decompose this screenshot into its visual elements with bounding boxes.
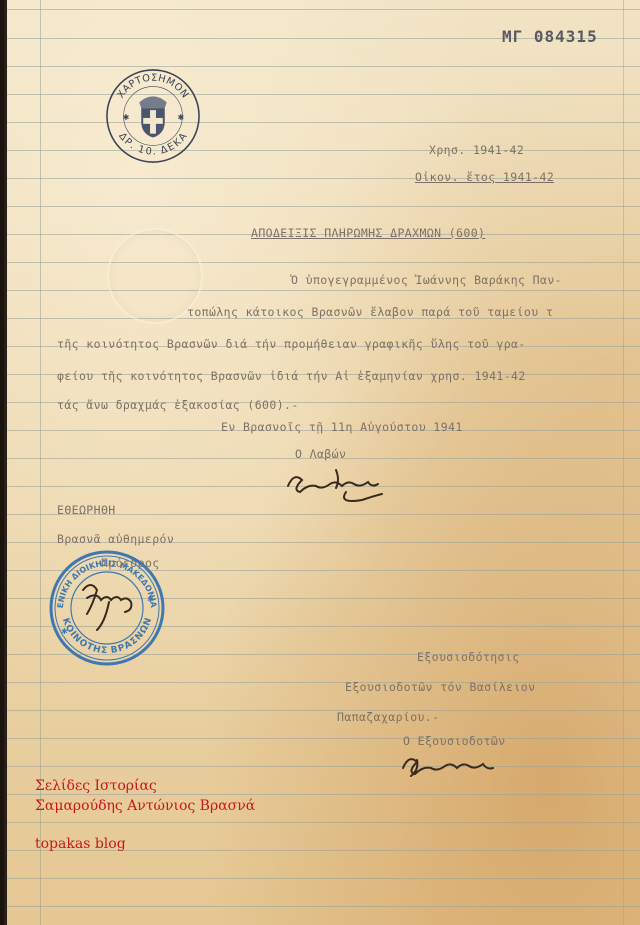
fiscal-year: Χρησ. 1941-42 xyxy=(429,143,524,157)
svg-text:✱: ✱ xyxy=(123,113,130,122)
watermark-line-2: Σαμαρούδης Αντώνιος Βρασνά xyxy=(35,798,255,814)
recipient-label: Ο Λαβών xyxy=(295,447,346,461)
body-line-2: τοπώλης κάτοικος Βρασνῶν ἔλαβον παρά τοῦ… xyxy=(187,305,553,319)
document-page: ΜΓ 084315 ΧΑΡΤΟΣΗΜΟΝ ΔΡ. 10. ΔΕΚΑ ✱ ✱ Χρ… xyxy=(4,0,640,925)
body-line-4: φείου τῆς κοινότητος Βρασνῶν ἰδιά τήν Αἰ… xyxy=(57,369,526,383)
body-line-3: τῆς κοινότητος Βρασνῶν διά τήν προμήθεια… xyxy=(57,337,526,351)
approval-line: Βρασνᾶ αὐθημερόν xyxy=(57,532,174,546)
authorization-line-2: Παπαζαχαρίου.- xyxy=(337,710,440,724)
serial-number: ΜΓ 084315 xyxy=(502,27,598,46)
approval-heading: ΕΘΕΩΡΗΘΗ xyxy=(57,503,116,517)
recipient-signature xyxy=(282,462,392,508)
body-line-5: τάς ἄνω δραχμάς ἑξακοσίας (600).- xyxy=(57,398,299,412)
economic-year: Οἰκον. ἔτος 1941-42 xyxy=(415,170,554,184)
authorization-line-1: Εξουσιοδοτῶν τόν Βασίλειον xyxy=(345,680,535,694)
svg-text:✱: ✱ xyxy=(147,595,154,604)
revenue-stamp-icon: ΧΑΡΤΟΣΗΜΟΝ ΔΡ. 10. ΔΕΚΑ ✱ ✱ xyxy=(104,67,202,165)
community-seal-icon: ΓΕΝΙΚΗ ΔΙΟΙΚΗΣΙΣ ΜΑΚΕΔΟΝΙΑΣ ΚΟΙΝΟΤΗΣ ΒΡΑ… xyxy=(47,548,167,668)
place-date: Εν Βρασνοῖς τῇ 11η Αὐγούστου 1941 xyxy=(221,420,463,434)
right-margin-line xyxy=(623,0,624,925)
authorizer-signature xyxy=(397,748,507,784)
document-title: ΑΠΟΔΕΙΞΙΣ ΠΛΗΡΩΜΗΣ ΔΡΑΧΜΩΝ (600) xyxy=(251,226,485,240)
svg-text:✱: ✱ xyxy=(61,627,68,636)
authorization-label: Εξουσιοδότησις xyxy=(417,650,520,664)
svg-text:✱: ✱ xyxy=(178,113,185,122)
body-line-1: Ὁ ὑπογεγραμμένος Ἰωάννης Βαράκης Παν- xyxy=(291,273,562,287)
watermark-line-1: Σελίδες Ιστορίας xyxy=(35,778,157,794)
authorization-signer: Ο Εξουσιοδοτῶν xyxy=(403,734,506,748)
watermark-line-3: topakas blog xyxy=(35,836,126,852)
